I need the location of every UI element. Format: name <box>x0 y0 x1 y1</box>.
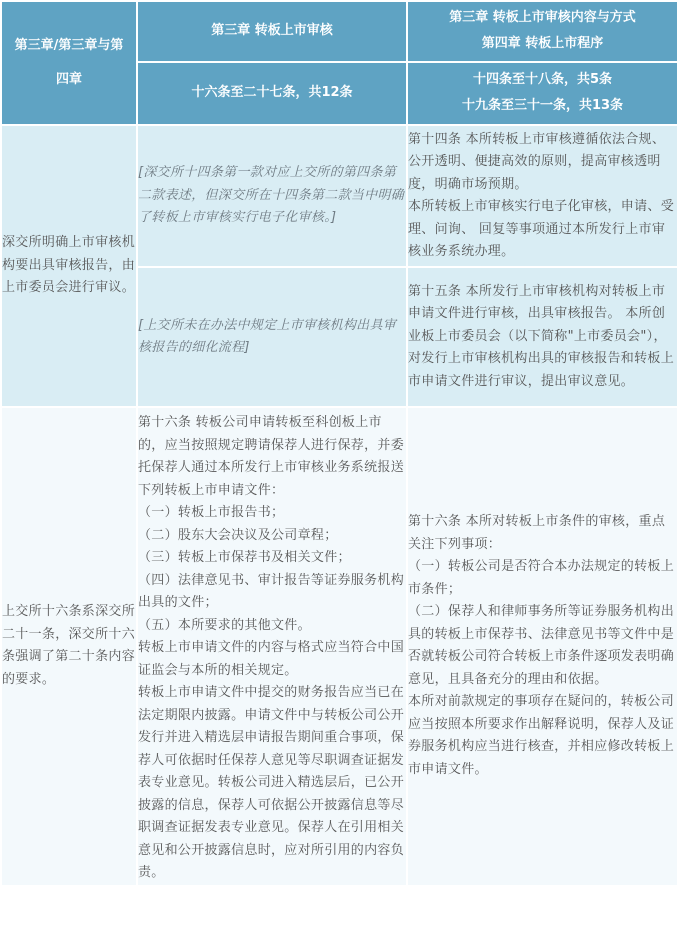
sse-article-16-financial: 转板上市申请文件中提交的财务报告应当已在法定期限内披露。申请文件中与转板公司公开… <box>138 682 406 885</box>
row2-szse-cell: 第十六条 本所对转板上市条件的审核，重点关注下列事项： （一）转板公司是否符合本… <box>407 407 677 886</box>
row1b-szse-cell: 第十五条 本所发行上市审核机构对转板上市申请文件进行审核，出具审核报告。 本所创… <box>407 267 677 407</box>
sse-articles-range: 十六条至二十七条，共12条 <box>138 80 406 106</box>
header-szse-articles: 十四条至十八条，共5条 十九条至三十一条，共13条 <box>407 62 677 125</box>
szse-article-16-intro: 第十六条 本所对转板上市条件的审核，重点关注下列事项： <box>408 511 677 556</box>
row1-summary-cell: 深交所明确上市审核机构要出具审核报告，由上市委员会进行审议。 <box>1 125 137 407</box>
szse-article-14-para-1: 第十四条 本所转板上市审核遵循依法合规、公开透明、便捷高效的原则，提高审核透明度… <box>408 129 677 197</box>
sse-article-16-item-5: （五）本所要求的其他文件。 <box>138 615 406 638</box>
table-row: 深交所明确上市审核机构要出具审核报告，由上市委员会进行审议。 [深交所十四条第一… <box>1 125 677 267</box>
szse-article-16-item-1: （一）转板公司是否符合本办法规定的转板上市条件； <box>408 556 677 601</box>
row1b-sse-note: [上交所未在办法中规定上市审核机构出具审核报告的细化流程] <box>138 318 396 356</box>
header-row-chapters: 第三章/第三章与第 四章 第三章 转板上市审核 第三章 转板上市审核内容与方式 … <box>1 1 677 62</box>
header-chapter-scope: 第三章/第三章与第 四章 <box>1 1 137 125</box>
sse-article-16-intro: 第十六条 转板公司申请转板至科创板上市的，应当按照规定聘请保荐人进行保荐，并委托… <box>138 412 406 502</box>
row1a-szse-cell: 第十四条 本所转板上市审核遵循依法合规、公开透明、便捷高效的原则，提高审核透明度… <box>407 125 677 267</box>
szse-article-16-follow-up: 本所对前款规定的事项存在疑问的，转板公司应当按照本所要求作出解释说明，保荐人及证… <box>408 691 677 781</box>
sse-article-16-item-1: （一）转板上市报告书； <box>138 502 406 525</box>
sse-article-16-item-4: （四）法律意见书、审计报告等证券服务机构出具的文件； <box>138 570 406 615</box>
row2-summary-cell: 上交所十六条系深交所二十一条，深交所十六条强调了第二十条内容的要求。 <box>1 407 137 886</box>
szse-articles-line-1: 十四条至十八条，共5条 <box>408 67 677 93</box>
szse-chapter-line-2: 第四章 转板上市程序 <box>408 31 677 57</box>
row1-summary: 深交所明确上市审核机构要出具审核报告，由上市委员会进行审议。 <box>2 235 135 295</box>
header-left-line-1: 第三章/第三章与第 <box>2 29 136 63</box>
row1a-sse-note: [深交所十四条第一款对应上交所的第四条第二款表述，但深交所在十四条第二款当中明确… <box>138 165 404 225</box>
row2-sse-cell: 第十六条 转板公司申请转板至科创板上市的，应当按照规定聘请保荐人进行保荐，并委托… <box>137 407 407 886</box>
sse-article-16-item-3: （三）转板上市保荐书及相关文件； <box>138 547 406 570</box>
comparison-table: 第三章/第三章与第 四章 第三章 转板上市审核 第三章 转板上市审核内容与方式 … <box>0 0 677 887</box>
header-sse-chapter: 第三章 转板上市审核 <box>137 1 407 62</box>
row1a-sse-cell: [深交所十四条第一款对应上交所的第四条第二款表述，但深交所在十四条第二款当中明确… <box>137 125 407 267</box>
szse-article-16-item-2: （二）保荐人和律师事务所等证券服务机构出具的转板上市保荐书、法律意见书等文件中是… <box>408 601 677 691</box>
table-row: 上交所十六条系深交所二十一条，深交所十六条强调了第二十条内容的要求。 第十六条 … <box>1 407 677 886</box>
row1b-sse-cell: [上交所未在办法中规定上市审核机构出具审核报告的细化流程] <box>137 267 407 407</box>
szse-article-14-para-2: 本所转板上市审核实行电子化审核，申请、受理、问询、 回复等事项通过本所发行上市审… <box>408 196 677 264</box>
sse-chapter-title: 第三章 转板上市审核 <box>138 18 406 44</box>
sse-article-16-item-2: （二）股东大会决议及公司章程； <box>138 525 406 548</box>
header-sse-articles: 十六条至二十七条，共12条 <box>137 62 407 125</box>
sse-article-16-format: 转板上市申请文件的内容与格式应当符合中国证监会与本所的相关规定。 <box>138 637 406 682</box>
szse-chapter-line-1: 第三章 转板上市审核内容与方式 <box>408 5 677 31</box>
row2-summary: 上交所十六条系深交所二十一条，深交所十六条强调了第二十条内容的要求。 <box>2 604 135 687</box>
szse-article-15: 第十五条 本所发行上市审核机构对转板上市申请文件进行审核，出具审核报告。 本所创… <box>408 281 677 394</box>
header-left-line-2: 四章 <box>2 63 136 97</box>
header-szse-chapter: 第三章 转板上市审核内容与方式 第四章 转板上市程序 <box>407 1 677 62</box>
szse-articles-line-2: 十九条至三十一条，共13条 <box>408 93 677 119</box>
